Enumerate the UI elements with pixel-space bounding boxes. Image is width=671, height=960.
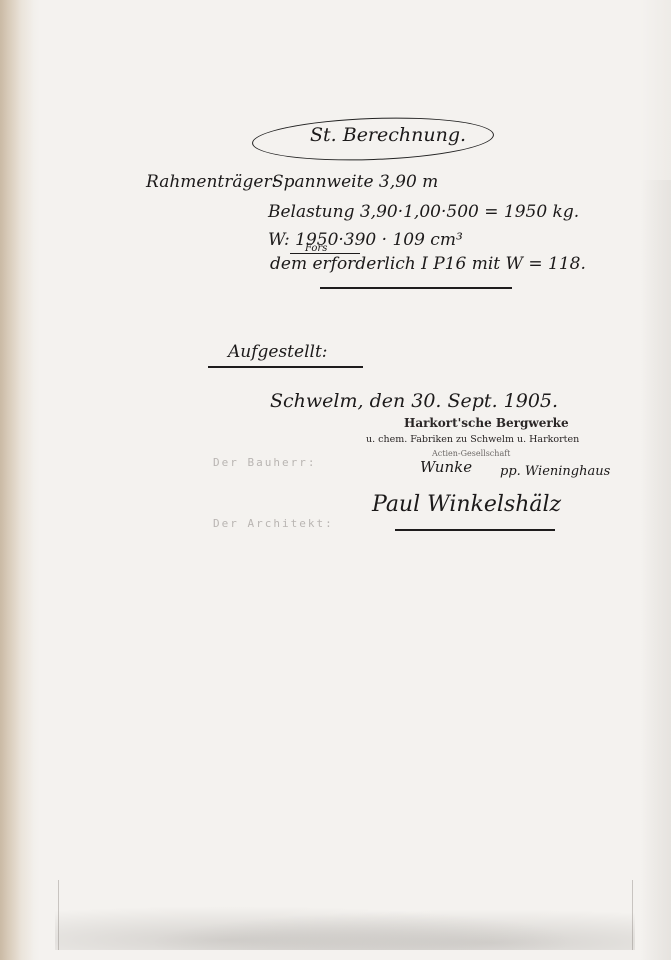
calc-line-result: dem erforderlich I P16 mit W = 118. (270, 254, 586, 274)
section-divider (320, 287, 512, 289)
signature-winkelshaelz: Paul Winkelshälz (372, 492, 561, 517)
signature-wieninghaus: pp. Wieninghaus (500, 464, 610, 479)
edge-stain (0, 0, 34, 960)
company-stamp-line2: u. chem. Fabriken zu Schwelm u. Harkorte… (366, 434, 579, 445)
calc-line-moment: W: 1950·390 · 109 cm³ (268, 230, 463, 250)
calc-line-load: Belastung 3,90·1,00·500 = 1950 kg. (268, 202, 579, 222)
item-label: Rahmenträger: (146, 172, 277, 192)
document-page: St. Berechnung. Rahmenträger: Spannweite… (0, 0, 671, 960)
superscript-note: Fors (305, 243, 327, 254)
place-date: Schwelm, den 30. Sept. 1905. (270, 390, 558, 412)
company-stamp-line3: Actien-Gesellschaft (432, 449, 510, 458)
faded-label-architect: Der Architekt: (213, 517, 334, 530)
approved-label: Aufgestellt: (228, 342, 328, 362)
signature-wunke: Wunke (420, 458, 472, 476)
paper-fold (641, 180, 671, 960)
approved-underline (208, 366, 363, 368)
calc-line-span: Spannweite 3,90 m (272, 172, 438, 192)
scan-noise (55, 900, 635, 950)
document-title: St. Berechnung. (310, 124, 466, 146)
signature-underline (395, 529, 555, 531)
company-stamp-line1: Harkort'sche Bergwerke (404, 416, 569, 430)
faded-label-builder: Der Bauherr: (213, 456, 316, 469)
